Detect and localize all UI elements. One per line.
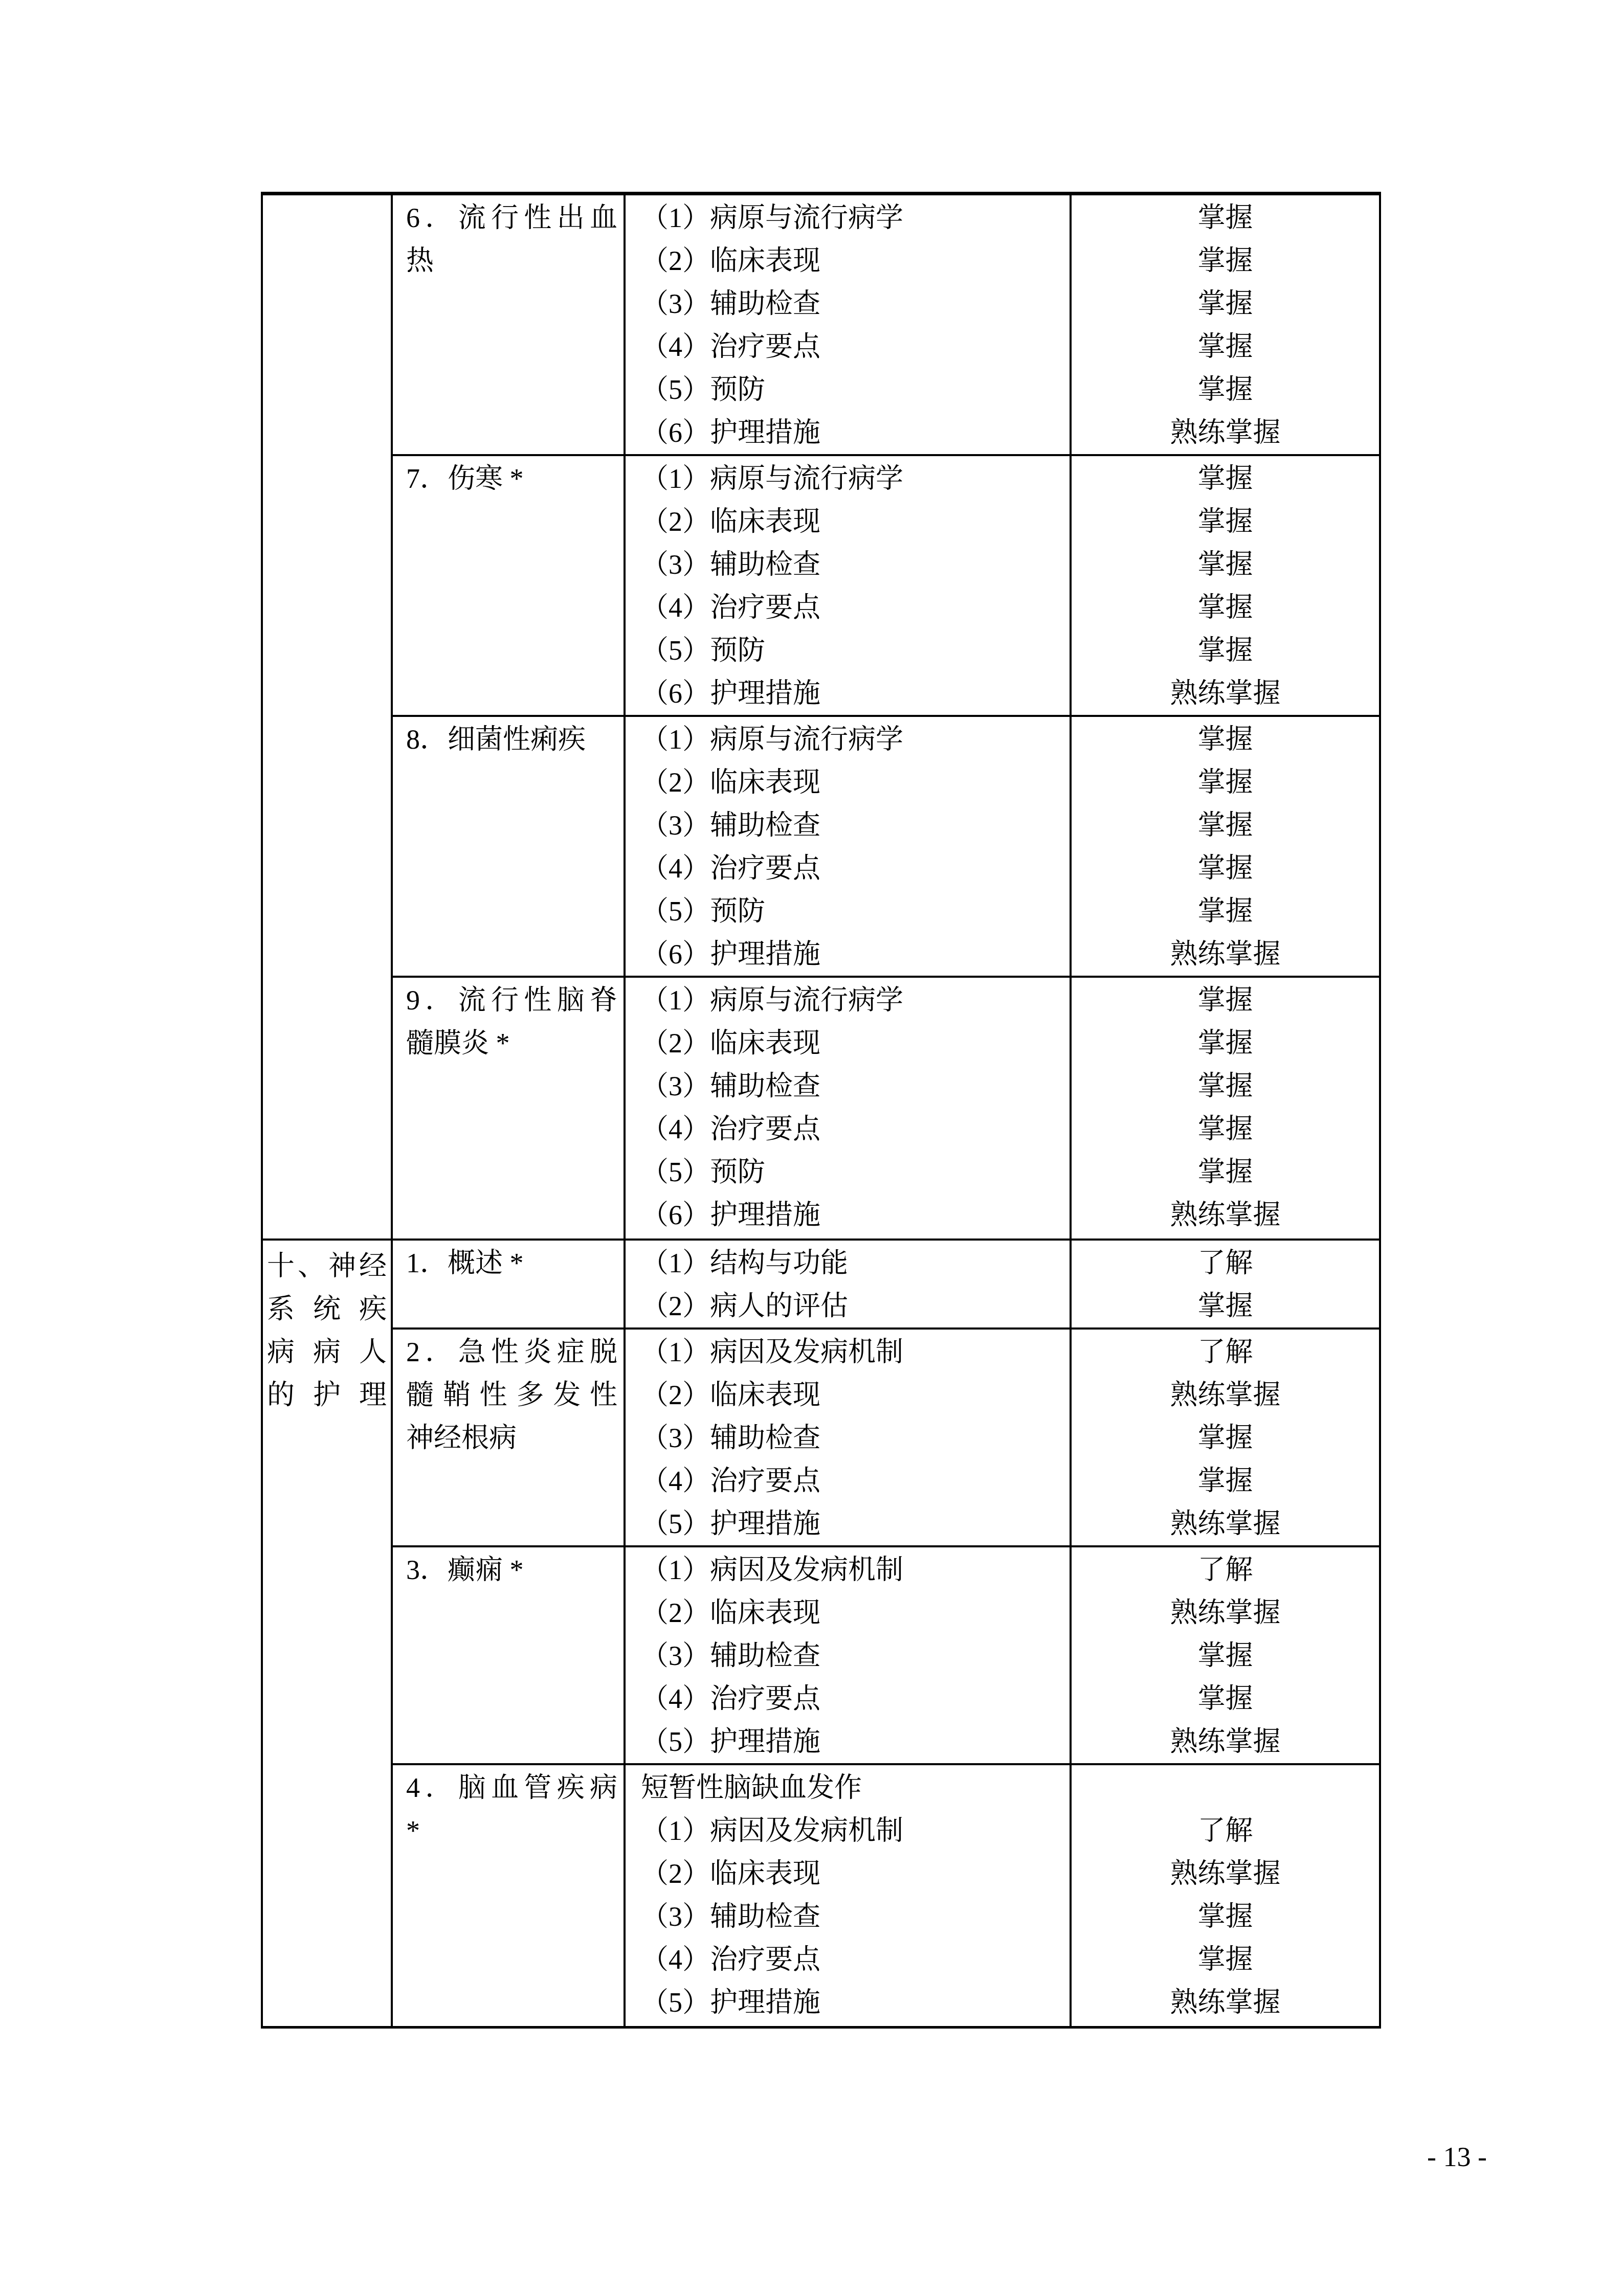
table-row-overview: 1．概述 * （1）结构与功能 （2）病人的评估 了解 掌握: [393, 1241, 1379, 1330]
subtopic-cell: （1）结构与功能 （2）病人的评估: [624, 1241, 1070, 1327]
subtopic-item: （1）病因及发病机制: [626, 1331, 1070, 1374]
mastery-level: 掌握: [1072, 1108, 1379, 1151]
table-row-epilepsy: 3．癫痫 * （1）病因及发病机制 （2）临床表现 （3）辅助检查 （4）治疗要…: [393, 1547, 1379, 1765]
mastery-level: 掌握: [1072, 979, 1379, 1022]
mastery-level: 熟练掌握: [1072, 1981, 1379, 2024]
subtopic-cell: （1）病原与流行病学 （2）临床表现 （3）辅助检查 （4）治疗要点 （5）预防…: [624, 978, 1070, 1239]
mastery-level: 掌握: [1072, 586, 1379, 629]
table-section-continuation: 6．流行性出血 热 （1）病原与流行病学 （2）临床表现 （3）辅助检查 （4）…: [263, 195, 1379, 1241]
mastery-level: 掌握: [1072, 282, 1379, 325]
level-cell: 掌握 掌握 掌握 掌握 掌握 熟练掌握: [1070, 456, 1379, 715]
subtopic-item: （1）病因及发病机制: [626, 1809, 1070, 1852]
table-section-nervous-system: 十、神经 系统疾 病病人 的护理 1．概述 * （1）结构与功能 （2）病人的评…: [263, 1241, 1379, 2026]
mastery-level: 掌握: [1072, 543, 1379, 586]
subtopic-cell: （1）病原与流行病学 （2）临床表现 （3）辅助检查 （4）治疗要点 （5）预防…: [624, 195, 1070, 454]
subtopic-cell: （1）病因及发病机制 （2）临床表现 （3）辅助检查 （4）治疗要点 （5）护理…: [624, 1547, 1070, 1763]
mastery-level: 掌握: [1072, 890, 1379, 933]
category-line: 的护理: [263, 1374, 391, 1416]
subtopic-item: （3）辅助检查: [626, 543, 1070, 586]
subtopic-item: （4）治疗要点: [626, 1459, 1070, 1502]
category-line: 病病人: [263, 1331, 391, 1374]
subtopic-group-header: 短暂性脑缺血发作: [626, 1766, 1070, 1809]
subtopic-item: （1）病原与流行病学: [626, 979, 1070, 1022]
subtopic-item: （2）临床表现: [626, 500, 1070, 543]
topic-cell: 3．癫痫 *: [393, 1547, 624, 1763]
mastery-level: [1072, 1766, 1379, 1809]
mastery-level: 掌握: [1072, 325, 1379, 368]
mastery-level: 掌握: [1072, 239, 1379, 282]
subtopic-item: （3）辅助检查: [626, 1416, 1070, 1459]
subtopic-item: （4）治疗要点: [626, 1938, 1070, 1981]
level-cell: 了解 熟练掌握 掌握 掌握 熟练掌握: [1070, 1765, 1379, 2026]
subtopic-item: （2）临床表现: [626, 1022, 1070, 1065]
subtopic-item: （6）护理措施: [626, 411, 1070, 454]
mastery-level: 掌握: [1072, 1459, 1379, 1502]
topic-line: 3．癫痫 *: [393, 1548, 624, 1591]
table-row-cerebrovascular-disease: 4．脑血管疾病 * 短暂性脑缺血发作 （1）病因及发病机制 （2）临床表现 （3…: [393, 1765, 1379, 2026]
subtopic-cell: （1）病因及发病机制 （2）临床表现 （3）辅助检查 （4）治疗要点 （5）护理…: [624, 1330, 1070, 1545]
level-cell: 了解 掌握: [1070, 1241, 1379, 1327]
mastery-level: 熟练掌握: [1072, 672, 1379, 715]
topic-line: 髓膜炎 *: [393, 1022, 624, 1065]
mastery-level: 掌握: [1072, 1634, 1379, 1677]
topic-line: 9．流行性脑脊: [393, 979, 624, 1022]
subtopic-item: （4）治疗要点: [626, 847, 1070, 890]
subtopic-item: （6）护理措施: [626, 933, 1070, 976]
table-row-hemorrhagic-fever: 6．流行性出血 热 （1）病原与流行病学 （2）临床表现 （3）辅助检查 （4）…: [393, 195, 1379, 456]
subtopic-item: （5）预防: [626, 1151, 1070, 1194]
table-row-bacillary-dysentery: 8．细菌性痢疾 （1）病原与流行病学 （2）临床表现 （3）辅助检查 （4）治疗…: [393, 717, 1379, 978]
topic-line: 7．伤寒 *: [393, 457, 624, 500]
topic-cell: 7．伤寒 *: [393, 456, 624, 715]
category-line: 系统疾: [263, 1288, 391, 1331]
mastery-level: 掌握: [1072, 457, 1379, 500]
subtopic-cell: （1）病原与流行病学 （2）临床表现 （3）辅助检查 （4）治疗要点 （5）预防…: [624, 456, 1070, 715]
mastery-level: 熟练掌握: [1072, 1852, 1379, 1895]
topic-cell: 8．细菌性痢疾: [393, 717, 624, 976]
subtopic-item: （1）病因及发病机制: [626, 1548, 1070, 1591]
mastery-level: 掌握: [1072, 1895, 1379, 1938]
category-cell-empty: [263, 195, 391, 1239]
mastery-level: 掌握: [1072, 1065, 1379, 1108]
topic-cell: 6．流行性出血 热: [393, 195, 624, 454]
subtopic-item: （2）病人的评估: [626, 1285, 1070, 1327]
level-cell: 掌握 掌握 掌握 掌握 掌握 熟练掌握: [1070, 717, 1379, 976]
topic-cell: 9．流行性脑脊 髓膜炎 *: [393, 978, 624, 1239]
level-cell: 了解 熟练掌握 掌握 掌握 熟练掌握: [1070, 1547, 1379, 1763]
subtopic-item: （5）预防: [626, 629, 1070, 672]
page-number: - 13 -: [1427, 2135, 1487, 2178]
mastery-level: 熟练掌握: [1072, 1720, 1379, 1763]
table-row-typhoid: 7．伤寒 * （1）病原与流行病学 （2）临床表现 （3）辅助检查 （4）治疗要…: [393, 456, 1379, 717]
document-page: 6．流行性出血 热 （1）病原与流行病学 （2）临床表现 （3）辅助检查 （4）…: [0, 0, 1624, 2296]
category-cell: 十、神经 系统疾 病病人 的护理: [263, 1241, 391, 2026]
topic-line: 4．脑血管疾病: [393, 1766, 624, 1809]
subtopic-item: （3）辅助检查: [626, 1895, 1070, 1938]
topic-line: 髓鞘性多发性: [393, 1374, 624, 1416]
mastery-level: 熟练掌握: [1072, 933, 1379, 976]
topic-line: 6．流行性出血: [393, 196, 624, 239]
mastery-level: 掌握: [1072, 847, 1379, 890]
subtopic-item: （4）治疗要点: [626, 1677, 1070, 1720]
subtopic-item: （4）治疗要点: [626, 586, 1070, 629]
subtopic-item: （2）临床表现: [626, 1374, 1070, 1416]
mastery-level: 熟练掌握: [1072, 1591, 1379, 1634]
topic-line: *: [393, 1809, 624, 1852]
mastery-level: 掌握: [1072, 500, 1379, 543]
section-rows: 6．流行性出血 热 （1）病原与流行病学 （2）临床表现 （3）辅助检查 （4）…: [391, 195, 1379, 1239]
mastery-level: 掌握: [1072, 1151, 1379, 1194]
subtopic-item: （2）临床表现: [626, 239, 1070, 282]
mastery-level: 了解: [1072, 1331, 1379, 1374]
mastery-level: 熟练掌握: [1072, 411, 1379, 454]
mastery-level: 掌握: [1072, 804, 1379, 847]
subtopic-item: （5）护理措施: [626, 1981, 1070, 2024]
topic-line: 神经根病: [393, 1416, 624, 1459]
topic-cell: 1．概述 *: [393, 1241, 624, 1327]
mastery-level: 掌握: [1072, 629, 1379, 672]
syllabus-table: 6．流行性出血 热 （1）病原与流行病学 （2）临床表现 （3）辅助检查 （4）…: [261, 192, 1381, 2029]
subtopic-item: （1）结构与功能: [626, 1242, 1070, 1285]
mastery-level: 掌握: [1072, 761, 1379, 804]
topic-line: 8．细菌性痢疾: [393, 718, 624, 761]
mastery-level: 掌握: [1072, 196, 1379, 239]
subtopic-item: （5）预防: [626, 890, 1070, 933]
subtopic-item: （5）预防: [626, 368, 1070, 411]
subtopic-item: （3）辅助检查: [626, 1634, 1070, 1677]
subtopic-cell: （1）病原与流行病学 （2）临床表现 （3）辅助检查 （4）治疗要点 （5）预防…: [624, 717, 1070, 976]
mastery-level: 了解: [1072, 1242, 1379, 1285]
subtopic-item: （2）临床表现: [626, 761, 1070, 804]
subtopic-cell: 短暂性脑缺血发作 （1）病因及发病机制 （2）临床表现 （3）辅助检查 （4）治…: [624, 1765, 1070, 2026]
mastery-level: 了解: [1072, 1548, 1379, 1591]
mastery-level: 掌握: [1072, 1938, 1379, 1981]
mastery-level: 熟练掌握: [1072, 1194, 1379, 1236]
mastery-level: 掌握: [1072, 718, 1379, 761]
subtopic-item: （2）临床表现: [626, 1852, 1070, 1895]
subtopic-item: （5）护理措施: [626, 1502, 1070, 1545]
mastery-level: 了解: [1072, 1809, 1379, 1852]
subtopic-item: （3）辅助检查: [626, 1065, 1070, 1108]
subtopic-item: （1）病原与流行病学: [626, 196, 1070, 239]
table-row-epidemic-meningitis: 9．流行性脑脊 髓膜炎 * （1）病原与流行病学 （2）临床表现 （3）辅助检查…: [393, 978, 1379, 1239]
subtopic-item: （4）治疗要点: [626, 1108, 1070, 1151]
mastery-level: 熟练掌握: [1072, 1374, 1379, 1416]
mastery-level: 掌握: [1072, 1677, 1379, 1720]
table-row-acute-inflammatory-demyelinating: 2．急性炎症脱 髓鞘性多发性 神经根病 （1）病因及发病机制 （2）临床表现 （…: [393, 1330, 1379, 1547]
subtopic-item: （6）护理措施: [626, 1194, 1070, 1236]
topic-line: 热: [393, 239, 624, 282]
section-rows: 1．概述 * （1）结构与功能 （2）病人的评估 了解 掌握 2．急性炎症脱 髓…: [391, 1241, 1379, 2026]
topic-cell: 2．急性炎症脱 髓鞘性多发性 神经根病: [393, 1330, 624, 1545]
subtopic-item: （3）辅助检查: [626, 804, 1070, 847]
topic-line: 1．概述 *: [393, 1242, 624, 1285]
mastery-level: 熟练掌握: [1072, 1502, 1379, 1545]
mastery-level: 掌握: [1072, 368, 1379, 411]
mastery-level: 掌握: [1072, 1416, 1379, 1459]
category-line: 十、神经: [263, 1245, 391, 1288]
mastery-level: 掌握: [1072, 1285, 1379, 1327]
mastery-level: 掌握: [1072, 1022, 1379, 1065]
topic-cell: 4．脑血管疾病 *: [393, 1765, 624, 2026]
topic-line: 2．急性炎症脱: [393, 1331, 624, 1374]
subtopic-item: （6）护理措施: [626, 672, 1070, 715]
subtopic-item: （1）病原与流行病学: [626, 718, 1070, 761]
subtopic-item: （3）辅助检查: [626, 282, 1070, 325]
level-cell: 掌握 掌握 掌握 掌握 掌握 熟练掌握: [1070, 195, 1379, 454]
level-cell: 了解 熟练掌握 掌握 掌握 熟练掌握: [1070, 1330, 1379, 1545]
level-cell: 掌握 掌握 掌握 掌握 掌握 熟练掌握: [1070, 978, 1379, 1239]
subtopic-item: （2）临床表现: [626, 1591, 1070, 1634]
subtopic-item: （1）病原与流行病学: [626, 457, 1070, 500]
subtopic-item: （5）护理措施: [626, 1720, 1070, 1763]
subtopic-item: （4）治疗要点: [626, 325, 1070, 368]
